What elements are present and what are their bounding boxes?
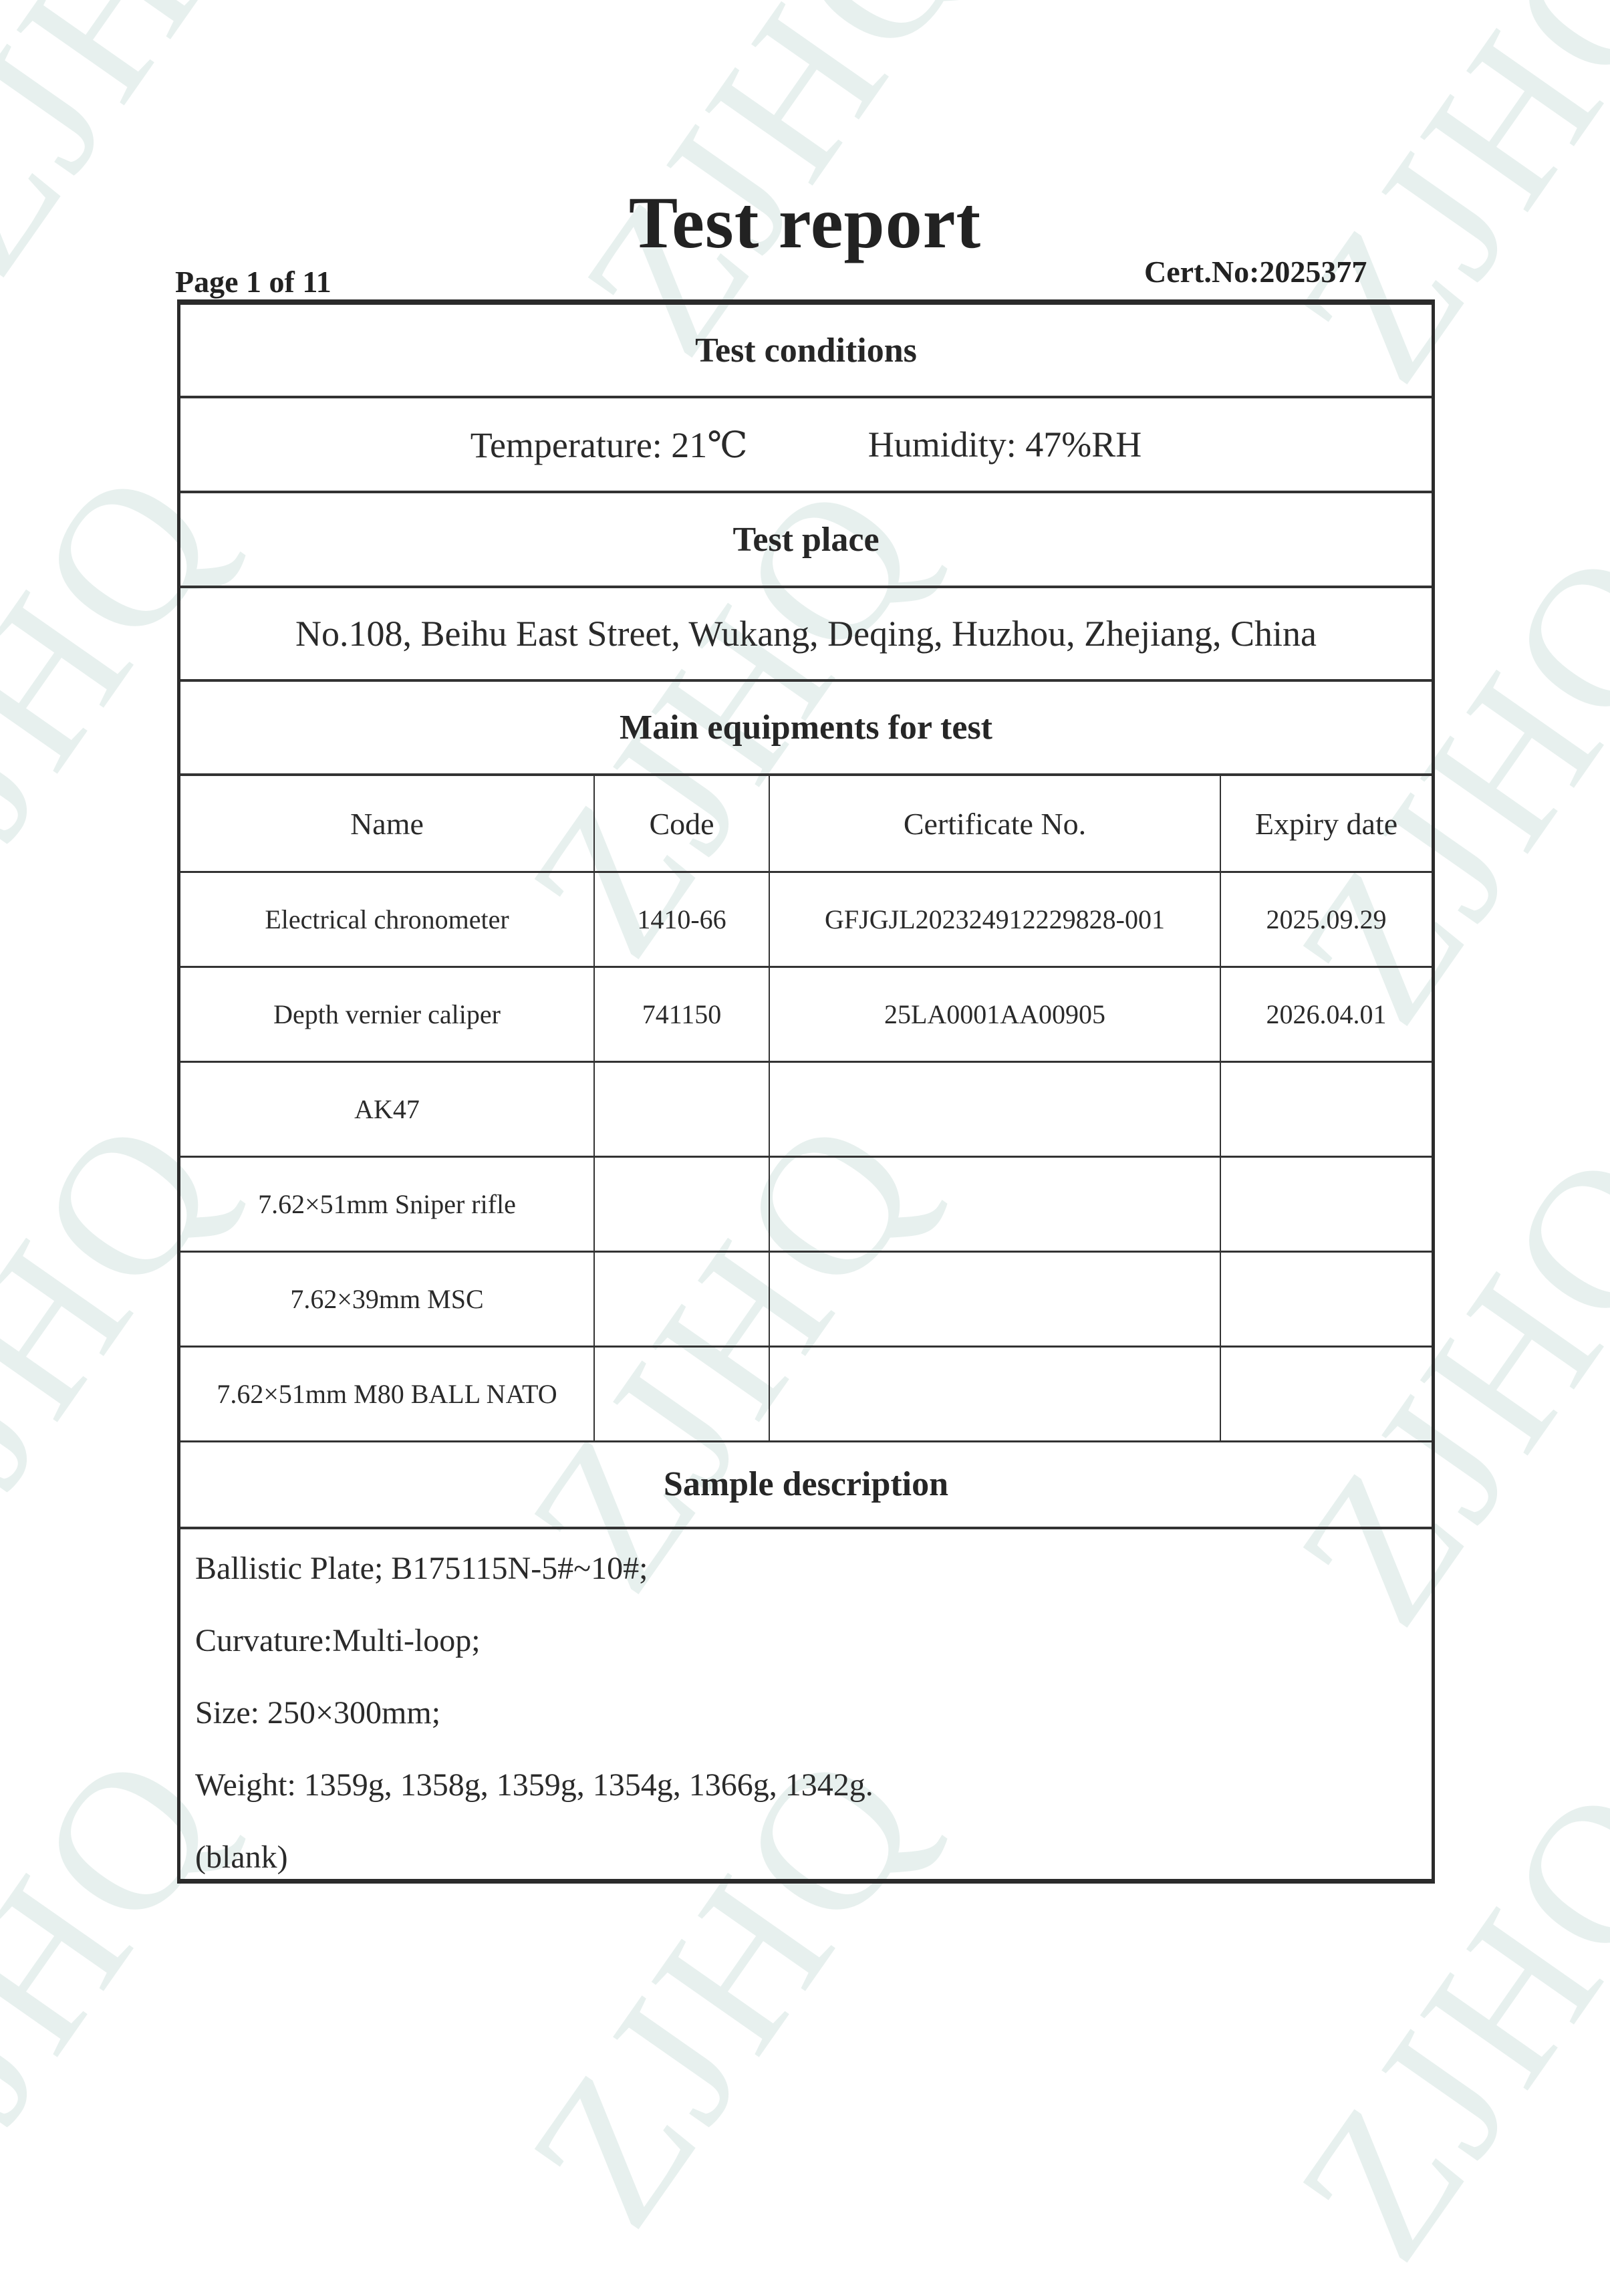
test-place-address: No.108, Beihu East Street, Wukang, Deqin…: [295, 613, 1317, 654]
table-row: AK47: [180, 1063, 1432, 1158]
temperature-value: Temperature: 21℃: [471, 424, 748, 466]
humidity-value: Humidity: 47%RH: [868, 424, 1142, 466]
equipment-table: Name Code Certificate No. Expiry date El…: [180, 776, 1432, 1441]
equipment-certificate: 25LA0001AA00905: [770, 968, 1221, 1061]
equipment-certificate: [770, 1063, 1221, 1156]
sample-line-weight: Weight: 1359g, 1358g, 1359g, 1354g, 1366…: [195, 1762, 1432, 1834]
sample-line-model: Ballistic Plate; B175115N-5#~10#;: [195, 1545, 1432, 1618]
equipment-expiry: [1221, 1063, 1432, 1156]
column-header-name: Name: [180, 776, 595, 871]
equipment-expiry: 2026.04.01: [1221, 968, 1432, 1061]
test-place-heading: Test place: [732, 520, 879, 559]
equipment-code: [595, 1253, 770, 1346]
sample-description-body: Ballistic Plate; B175115N-5#~10#; Curvat…: [180, 1529, 1432, 1879]
equipment-name: 7.62×39mm MSC: [180, 1253, 595, 1346]
equipment-name: AK47: [180, 1063, 595, 1156]
sample-description-heading: Sample description: [664, 1464, 948, 1504]
equipment-code: [595, 1158, 770, 1251]
equipment-certificate: GFJGJL202324912229828-001: [770, 873, 1221, 966]
test-conditions-header: Test conditions: [180, 305, 1432, 398]
equipment-certificate: [770, 1348, 1221, 1440]
test-conditions-values: Temperature: 21℃ Humidity: 47%RH: [180, 398, 1432, 493]
test-place-header: Test place: [180, 493, 1432, 588]
equipment-name: 7.62×51mm M80 BALL NATO: [180, 1348, 595, 1440]
table-row: Electrical chronometer 1410-66 GFJGJL202…: [180, 873, 1432, 968]
table-row: 7.62×51mm Sniper rifle: [180, 1158, 1432, 1253]
equipment-certificate: [770, 1158, 1221, 1251]
page-number: Page 1 of 11: [175, 264, 331, 299]
sample-line-curvature: Curvature:Multi-loop;: [195, 1618, 1432, 1690]
sample-line-blank: (blank): [195, 1834, 1432, 1888]
equipment-expiry: [1221, 1158, 1432, 1251]
equipment-expiry: [1221, 1348, 1432, 1440]
report-page: Test report Page 1 of 11 Cert.No:2025377…: [0, 0, 1610, 2296]
equipment-name: Electrical chronometer: [180, 873, 595, 966]
table-row: 7.62×51mm M80 BALL NATO: [180, 1348, 1432, 1442]
certificate-number: Cert.No:2025377: [1144, 254, 1367, 289]
sample-description-header: Sample description: [180, 1441, 1432, 1529]
equipment-table-header-row: Name Code Certificate No. Expiry date: [180, 776, 1432, 873]
equipment-code: [595, 1063, 770, 1156]
test-place-address-row: No.108, Beihu East Street, Wukang, Deqin…: [180, 588, 1432, 682]
equipment-name: 7.62×51mm Sniper rifle: [180, 1158, 595, 1251]
equipment-code: [595, 1348, 770, 1440]
equipment-heading: Main equipments for test: [620, 708, 992, 747]
equipment-certificate: [770, 1253, 1221, 1346]
report-table: Test conditions Temperature: 21℃ Humidit…: [177, 299, 1435, 1884]
report-title: Test report: [0, 180, 1610, 265]
equipment-code: 1410-66: [595, 873, 770, 966]
equipment-expiry: [1221, 1253, 1432, 1346]
test-conditions-heading: Test conditions: [695, 331, 917, 370]
column-header-expiry: Expiry date: [1221, 776, 1432, 871]
equipment-name: Depth vernier caliper: [180, 968, 595, 1061]
equipment-expiry: 2025.09.29: [1221, 873, 1432, 966]
table-row: Depth vernier caliper 741150 25LA0001AA0…: [180, 968, 1432, 1063]
table-row: 7.62×39mm MSC: [180, 1253, 1432, 1348]
equipment-header: Main equipments for test: [180, 682, 1432, 776]
equipment-code: 741150: [595, 968, 770, 1061]
column-header-certificate: Certificate No.: [770, 776, 1221, 871]
sample-line-size: Size: 250×300mm;: [195, 1690, 1432, 1762]
column-header-code: Code: [595, 776, 770, 871]
